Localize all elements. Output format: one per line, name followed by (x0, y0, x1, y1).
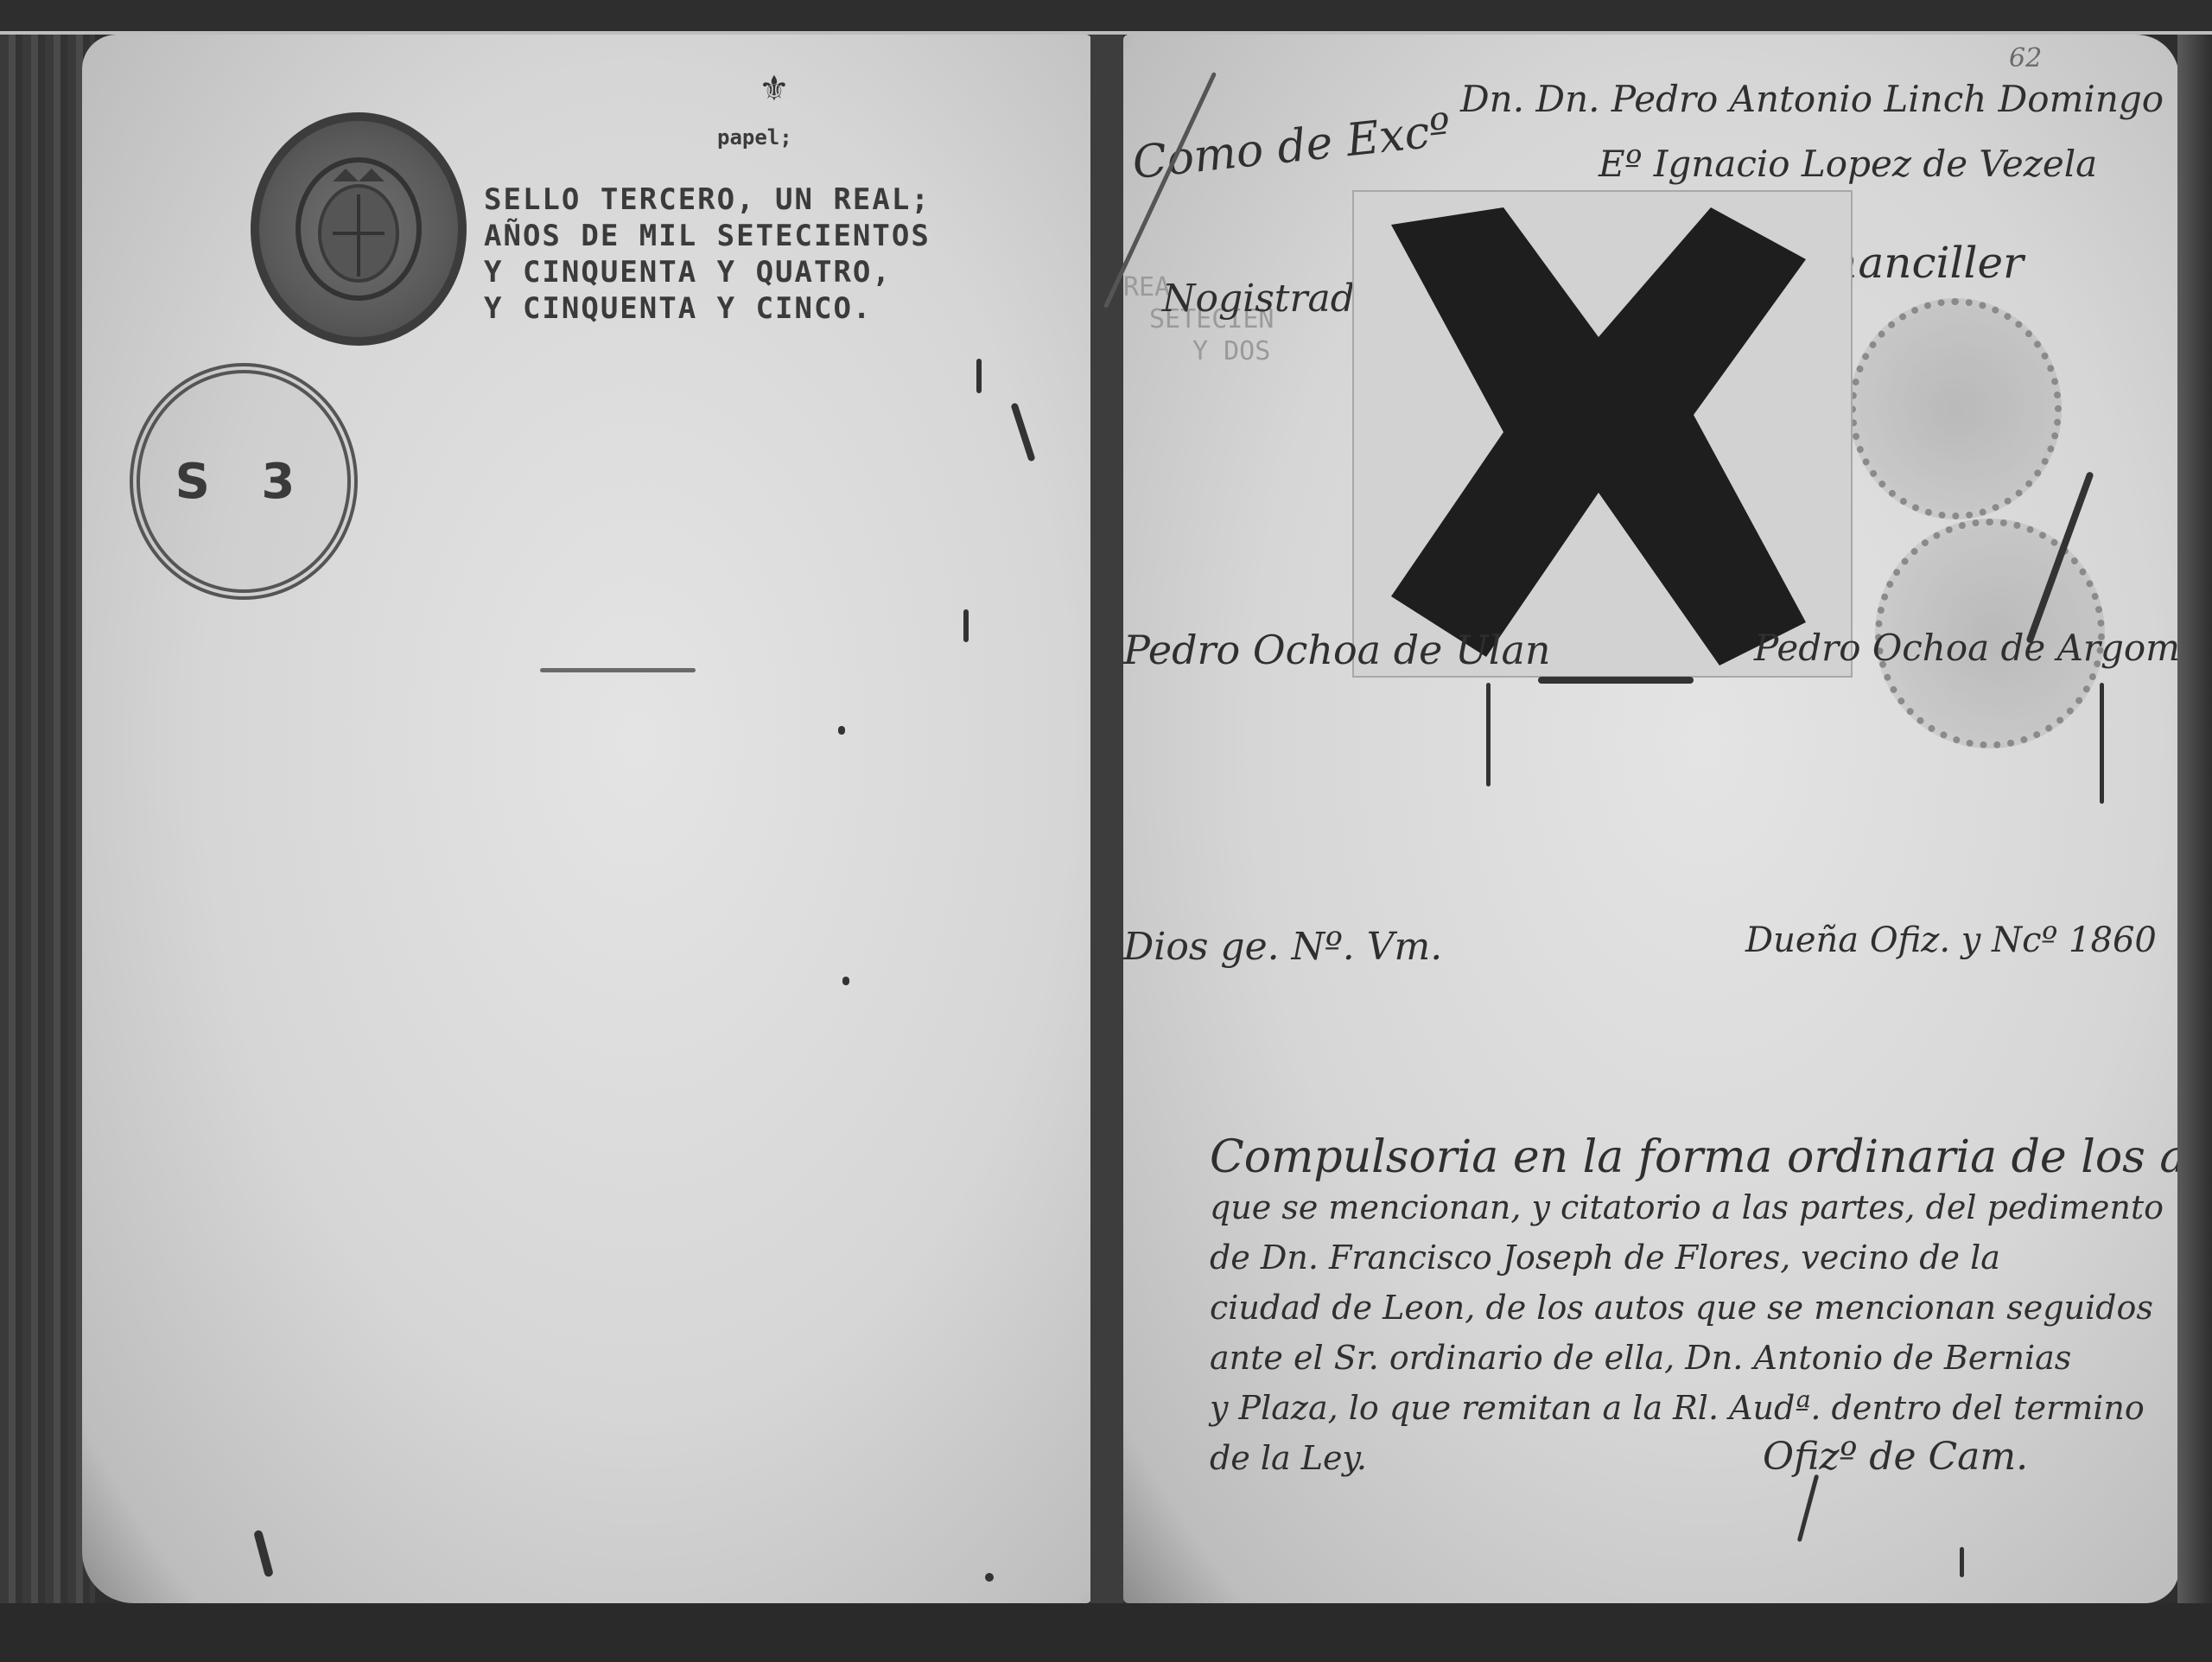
body-line: ciudad de Leon, de los autos que se menc… (1210, 1283, 2160, 1333)
ink-mark (842, 977, 849, 985)
body-line: y Plaza, lo que remitan a la Rl. Audª. d… (1210, 1383, 2160, 1433)
stamp-line: SELLO TERCERO, UN REAL; (484, 181, 1080, 218)
book-edge-left (0, 35, 95, 1662)
seal-number: S 3 (175, 454, 313, 510)
signature-flourish (1486, 683, 1491, 786)
ink-mark (963, 609, 969, 642)
stamp-line: AÑOS DE MIL SETECIENTOS (484, 218, 1080, 254)
royal-seal-left (251, 112, 467, 346)
stamp-line: Y CINQUENTA Y QUATRO, (484, 254, 1080, 290)
body-line: que se mencionan, y citatorio a las part… (1210, 1182, 2160, 1232)
coat-of-arms-icon (285, 147, 432, 311)
ink-mark (1960, 1547, 1964, 1577)
numbered-seal-left: S 3 (130, 363, 358, 600)
tax-stamp-text: SELLO TERCERO, UN REAL; AÑOS DE MIL SETE… (484, 181, 1080, 327)
stamp-header-small: papel; (717, 125, 792, 150)
closing-signature: Ofizº de Cam. (1763, 1435, 2028, 1479)
marginal-note-2: Nogistrad (1162, 277, 1355, 321)
stamp-line: Y CINQUENTA Y CINCO. (484, 290, 1080, 327)
signature-flourish (1538, 677, 1694, 684)
line-mid-right: Dueña Ofiz. y Ncº 1860 (1745, 920, 2157, 960)
notary-seal-upper (1849, 298, 2062, 519)
ink-mark (838, 726, 845, 735)
body-line: ante el Sr. ordinario de ella, Dn. Anton… (1210, 1333, 2160, 1383)
body-line: Compulsoria en la forma ordinaria de los… (1210, 1132, 2160, 1182)
signature-right: Pedro Ochoa de Argoma (1754, 627, 2202, 669)
main-text-block: Compulsoria en la forma ordinaria de los… (1210, 1132, 2160, 1483)
folio-number: 62 (2009, 43, 2042, 73)
scan-bottom-edge (0, 1603, 2212, 1662)
ink-mark (976, 359, 982, 393)
body-line: de Dn. Francisco Joseph de Flores, vecin… (1210, 1232, 2160, 1283)
header-line-2: Eº Ignacio Lopez de Vezela (1599, 143, 2097, 185)
faded-stamp-line: Y DOS (1192, 336, 1270, 366)
ink-mark (540, 668, 696, 672)
signature-left: Pedro Ochoa de Ulan (1123, 627, 1551, 673)
fleur-ornament-icon: ⚜ (759, 69, 790, 109)
signature-flourish (2100, 683, 2104, 804)
ink-mark (985, 1573, 994, 1582)
book-edge-right (2177, 35, 2212, 1662)
header-line-1: Dn. Dn. Pedro Antonio Linch Domingo (1460, 78, 2164, 120)
line-mid-left: Dios ge. Nº. Vm. (1123, 925, 1442, 969)
redaction-x-icon (1374, 207, 1823, 665)
